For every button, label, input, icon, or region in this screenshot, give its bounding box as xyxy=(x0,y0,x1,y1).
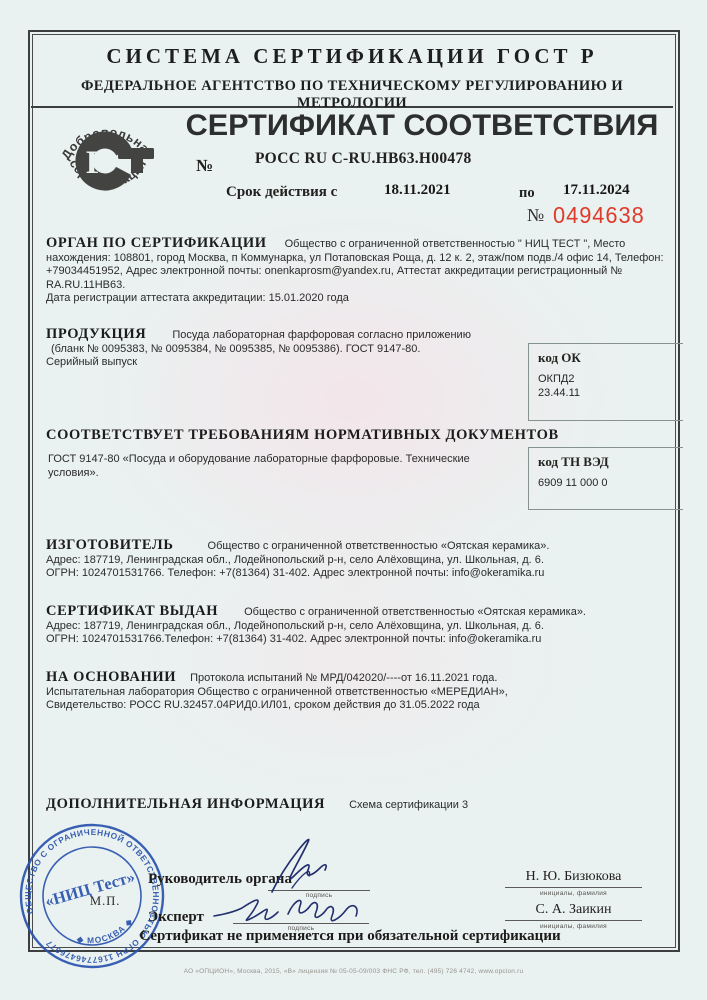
print-house-line: АО «ОПЦИОН», Москва, 2015, «В» лицензия … xyxy=(0,968,707,975)
expert-label: Эксперт xyxy=(148,909,204,926)
mandatory-certification-note: Сертификат не применяется при обязательн… xyxy=(88,928,612,945)
certificate-title: СЕРТИФИКАТ СООТВЕТСТВИЯ xyxy=(163,109,681,143)
code-ok-value2: 23.44.11 xyxy=(538,387,675,400)
certification-body-label: ОРГАН ПО СЕРТИФИКАЦИИ xyxy=(46,235,267,251)
blank-number: 0494638 xyxy=(553,202,645,229)
validity-date-from: 18.11.2021 xyxy=(384,182,451,199)
requirements-text: ГОСТ 9147-80 «Посуда и оборудование лабо… xyxy=(48,453,513,480)
manufacturer-label: ИЗГОТОВИТЕЛЬ xyxy=(46,537,174,553)
logo-letter-r: Р xyxy=(86,145,106,181)
product-label: ПРОДУКЦИЯ xyxy=(46,326,146,342)
basis-label: НА ОСНОВАНИИ xyxy=(46,669,176,685)
code-ok-value1: ОКПД2 xyxy=(538,373,675,386)
issued-to-section: СЕРТИФИКАТ ВЫДАНОбщество с ограниченной … xyxy=(46,604,668,647)
expert-signature-ink xyxy=(212,886,376,930)
manufacturer-section: ИЗГОТОВИТЕЛЬОбщество с ограниченной отве… xyxy=(46,538,668,581)
certification-body-section: ОРГАН ПО СЕРТИФИКАЦИИОбщество с ограниче… xyxy=(46,236,668,306)
certificate-number-label: № xyxy=(196,156,213,176)
manufacturer-line1: Общество с ограниченной ответственностью… xyxy=(208,540,550,552)
issued-to-line3: ОГРН: 1024701531766.Телефон: +7(81364) 3… xyxy=(46,633,668,647)
basis-line3: Свидетельство: РОСС RU.32457.04РИД0.ИЛ01… xyxy=(46,699,668,713)
code-ok-label: код ОК xyxy=(538,350,675,366)
basis-line2: Испытательная лаборатория Общество с огр… xyxy=(46,686,668,700)
blank-number-label: № xyxy=(527,205,544,226)
head-name-caption: инициалы, фамилия xyxy=(505,890,642,897)
code-tnved-value: 6909 11 000 0 xyxy=(538,477,675,490)
head-name: Н. Ю. Бизюкова xyxy=(505,866,642,888)
manufacturer-line2: Адрес: 187719, Ленинградская обл., Лодей… xyxy=(46,554,668,568)
basis-line1: Протокола испытаний № МРД/042020/----от … xyxy=(190,672,497,684)
expert-name: С. А. Заикин xyxy=(505,901,642,921)
certificate-number: РОСС RU C-RU.HB63.H00478 xyxy=(255,150,472,168)
accreditation-date-line: Дата регистрации аттестата аккредитации:… xyxy=(46,292,668,306)
requirements-label: СООТВЕТСТВУЕТ ТРЕБОВАНИЯМ НОРМАТИВНЫХ ДО… xyxy=(46,428,559,442)
code-ok-box: код ОК ОКПД2 23.44.11 xyxy=(528,343,683,421)
code-tnved-label: код ТН ВЭД xyxy=(538,454,675,470)
manufacturer-line3: ОГРН: 1024701531766. Телефон: +7(81364) … xyxy=(46,567,668,581)
certification-system-title: СИСТЕМА СЕРТИФИКАЦИИ ГОСТ Р xyxy=(31,44,673,69)
product-line1: Посуда лабораторная фарфоровая согласно … xyxy=(172,329,471,341)
product-line2: (бланк № 0095383, № 0095384, № 0095385, … xyxy=(51,343,524,357)
product-line3: Серийный выпуск xyxy=(46,356,524,370)
validity-to-label: по xyxy=(519,185,535,202)
code-tnved-box: код ТН ВЭД 6909 11 000 0 xyxy=(528,447,683,510)
validity-date-to: 17.11.2024 xyxy=(563,182,630,199)
basis-section: НА ОСНОВАНИИПротокола испытаний № МРД/04… xyxy=(46,670,668,713)
issued-to-label: СЕРТИФИКАТ ВЫДАН xyxy=(46,603,218,619)
issued-to-line2: Адрес: 187719, Ленинградская обл., Лодей… xyxy=(46,620,668,634)
stamp-place-mark: М.П. xyxy=(90,894,120,909)
validity-label: Срок действия с xyxy=(226,184,337,201)
issued-to-line1: Общество с ограниченной ответственностью… xyxy=(244,606,586,618)
rst-voluntary-certification-logo: Добровольная сертификация Р xyxy=(52,106,164,212)
additional-info-text: Схема сертификации 3 xyxy=(349,799,468,811)
additional-info-label: ДОПОЛНИТЕЛЬНАЯ ИНФОРМАЦИЯ xyxy=(46,796,325,812)
product-section: ПРОДУКЦИЯПосуда лабораторная фарфоровая … xyxy=(46,327,524,370)
